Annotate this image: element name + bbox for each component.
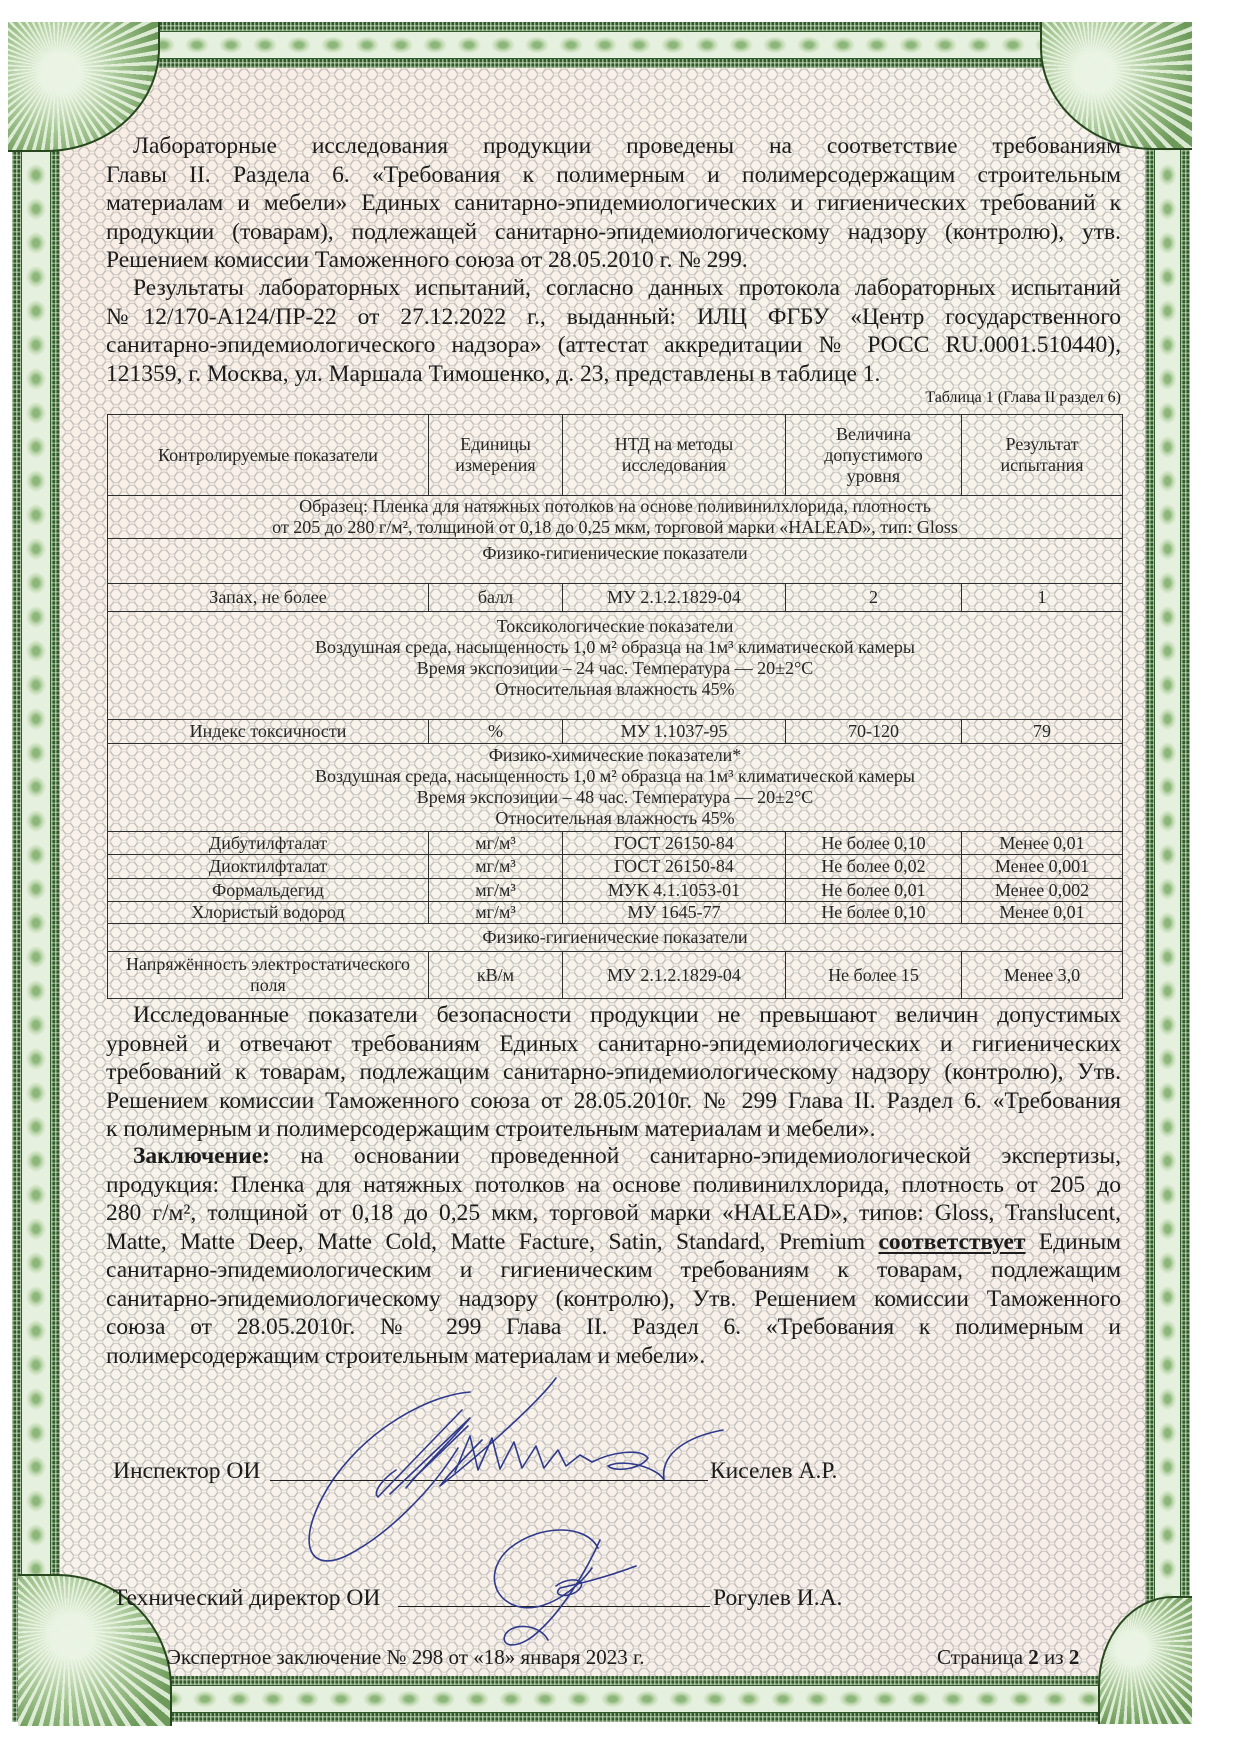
text-line: Исследованные показатели безопасности пр…	[106, 1001, 1121, 1030]
cell-indicator: Запах, не более	[108, 584, 429, 612]
cell-indicator: Дибутилфталат	[108, 832, 429, 855]
table-caption: Таблица 1 (Глава II раздел 6)	[106, 388, 1121, 408]
signer-role-technical-director: Технический директор ОИ	[113, 1584, 380, 1612]
border-chain	[1154, 22, 1181, 1722]
text-segment: Единым	[1025, 1229, 1121, 1255]
border-chain	[10, 31, 1190, 59]
page-of: из	[1044, 1645, 1064, 1669]
table-row: Диоктилфталат мг/м³ ГОСТ 26150-84 Не бол…	[108, 855, 1123, 879]
group-title-row: Физико-гигиенические показатели	[108, 539, 1123, 584]
text-line: санитарно-эпидемиологическим и гигиениче…	[106, 1256, 1121, 1285]
signer-name-technical-director: Рогулев И.А.	[713, 1584, 842, 1612]
text-line: Заключение: на основании проведенной сан…	[106, 1142, 1121, 1171]
signature-underline-technical-director	[398, 1606, 710, 1607]
signer-role-inspector: Инспектор ОИ	[113, 1457, 260, 1485]
border-chain	[18, 1685, 1190, 1713]
cell-limit: Не более 0,02	[786, 855, 962, 879]
sample-description: Образец: Пленка для натяжных потолков на…	[108, 496, 1123, 539]
cell-unit: балл	[429, 584, 563, 612]
cell-method: ГОСТ 26150-84	[563, 855, 786, 879]
border-stripe	[1145, 22, 1154, 1722]
group-title: Физико-химические показатели* Воздушная …	[108, 744, 1123, 832]
text-line: продукция: Пленка для натяжных потолков …	[106, 1171, 1121, 1200]
group-title-row: Токсикологические показатели Воздушная с…	[108, 612, 1123, 720]
text-line: Решением комиссии Таможенного союза от 2…	[106, 246, 1121, 275]
cell-limit: Не более 15	[786, 952, 962, 999]
text-segment: Matte, Matte Deep, Matte Cold, Matte Fac…	[106, 1229, 878, 1255]
border-stripe	[12, 22, 21, 1722]
cell-result: Менее 0,002	[962, 879, 1123, 902]
cell-result: Менее 0,001	[962, 855, 1123, 879]
header-unit: Единицы измерения	[429, 415, 563, 496]
cell-method: МУ 1645-77	[563, 902, 786, 924]
text-line: 280 г/м², толщиной от 0,18 до 0,25 мкм, …	[106, 1199, 1121, 1228]
cell-limit: Не более 0,10	[786, 832, 962, 855]
cell-result: 1	[962, 584, 1123, 612]
text-line: Главы II. Раздела 6. «Требования к полим…	[106, 161, 1121, 190]
cell-limit: Не более 0,10	[786, 902, 962, 924]
border-left	[12, 22, 60, 1722]
page-current: 2	[1028, 1645, 1039, 1669]
document-page: Лабораторные исследования продукции пров…	[0, 0, 1240, 1754]
footer-page-number: Страница 2 из 2	[937, 1644, 1079, 1670]
intro-paragraph: Лабораторные исследования продукции пров…	[106, 132, 1121, 275]
table-row: Индекс токсичности % МУ 1.1037-95 70-120…	[108, 720, 1123, 744]
header-method: НТД на методы исследования	[563, 415, 786, 496]
table-row: Запах, не более балл МУ 2.1.2.1829-04 2 …	[108, 584, 1123, 612]
group-title: Физико-гигиенические показатели	[108, 924, 1123, 952]
signature-underline-inspector	[270, 1480, 708, 1481]
text-line: Результаты лабораторных испытаний, согла…	[106, 274, 1121, 303]
group-title: Токсикологические показатели Воздушная с…	[108, 612, 1123, 720]
header-indicator: Контролируемые показатели	[108, 415, 429, 496]
table-row: Хлористый водород мг/м³ МУ 1645-77 Не бо…	[108, 902, 1123, 924]
page-total: 2	[1069, 1645, 1080, 1669]
cell-method: ГОСТ 26150-84	[563, 832, 786, 855]
cell-indicator: Индекс токсичности	[108, 720, 429, 744]
cell-unit: мг/м³	[429, 855, 563, 879]
text-line: уровней и отвечают требованиям Единых са…	[106, 1030, 1121, 1059]
results-table: Контролируемые показатели Единицы измере…	[107, 414, 1123, 999]
text-line: полимерсодержащим строительным материала…	[106, 1342, 1121, 1371]
table-row: Напряжённость электростатического поля к…	[108, 952, 1123, 999]
text-line: Лабораторные исследования продукции пров…	[106, 132, 1121, 161]
text-line: санитарно-эпидемиологическому надзору (к…	[106, 1285, 1121, 1314]
assessment-paragraph: Исследованные показатели безопасности пр…	[106, 1001, 1121, 1144]
cell-method: МУК 4.1.1053-01	[563, 879, 786, 902]
cell-unit: мг/м³	[429, 902, 563, 924]
cell-method: МУ 2.1.2.1829-04	[563, 952, 786, 999]
cell-result: Менее 3,0	[962, 952, 1123, 999]
cell-indicator: Диоктилфталат	[108, 855, 429, 879]
sample-row: Образец: Пленка для натяжных потолков на…	[108, 496, 1123, 539]
border-stripe	[1181, 22, 1190, 1722]
page-label: Страница	[937, 1645, 1023, 1669]
border-stripe	[10, 22, 1190, 31]
cell-limit: 70-120	[786, 720, 962, 744]
text-line: союза от 28.05.2010г. № 299 Глава II. Ра…	[106, 1313, 1121, 1342]
text-line: №12/170-А124/ПР-22 от 27.12.2022 г., выд…	[106, 303, 1121, 332]
cell-method: МУ 2.1.2.1829-04	[563, 584, 786, 612]
border-stripe	[51, 22, 60, 1722]
compliance-verdict: соответствует	[878, 1229, 1025, 1255]
group-title-row: Физико-химические показатели* Воздушная …	[108, 744, 1123, 832]
conclusion-paragraph: Заключение: на основании проведенной сан…	[106, 1142, 1121, 1370]
border-stripe	[18, 1713, 1190, 1722]
table-header-row: Контролируемые показатели Единицы измере…	[108, 415, 1123, 496]
text-line: требований к товарам, подлежащим санитар…	[106, 1058, 1121, 1087]
border-top	[10, 22, 1190, 68]
text-line: Matte, Matte Deep, Matte Cold, Matte Fac…	[106, 1228, 1121, 1257]
text-line: материалам и мебели» Единых санитарно-эп…	[106, 189, 1121, 218]
border-right	[1145, 22, 1190, 1722]
text-line: продукции (товарам), подлежащей санитарн…	[106, 218, 1121, 247]
text-line: Решением комиссии Таможенного союза от 2…	[106, 1087, 1121, 1116]
signer-name-inspector: Киселев А.Р.	[710, 1457, 837, 1485]
text-line: санитарно-эпидемиологического надзора» (…	[106, 331, 1121, 360]
cell-unit: мг/м³	[429, 879, 563, 902]
cell-unit: кВ/м	[429, 952, 563, 999]
border-stripe	[10, 59, 1190, 68]
cell-unit: %	[429, 720, 563, 744]
cell-result: 79	[962, 720, 1123, 744]
border-bottom	[18, 1676, 1190, 1722]
table-row: Формальдегид мг/м³ МУК 4.1.1053-01 Не бо…	[108, 879, 1123, 902]
border-stripe	[18, 1676, 1190, 1685]
cell-limit: 2	[786, 584, 962, 612]
cell-indicator: Напряжённость электростатического поля	[108, 952, 429, 999]
cell-limit: Не более 0,01	[786, 879, 962, 902]
cell-indicator: Хлористый водород	[108, 902, 429, 924]
cell-result: Менее 0,01	[962, 902, 1123, 924]
header-permissible-level: Величина допустимого уровня	[786, 415, 962, 496]
text-line: к полимерным и полимерсодержащим строите…	[106, 1115, 1121, 1144]
group-title: Физико-гигиенические показатели	[108, 539, 1123, 584]
protocol-paragraph: Результаты лабораторных испытаний, согла…	[106, 274, 1121, 388]
conclusion-label: Заключение:	[133, 1143, 270, 1169]
text-line: 121359, г. Москва, ул. Маршала Тимошенко…	[106, 360, 1121, 389]
table-row: Дибутилфталат мг/м³ ГОСТ 26150-84 Не бол…	[108, 832, 1123, 855]
border-chain	[21, 22, 51, 1722]
cell-unit: мг/м³	[429, 832, 563, 855]
group-title-row: Физико-гигиенические показатели	[108, 924, 1123, 952]
cell-method: МУ 1.1037-95	[563, 720, 786, 744]
text-segment: на основании проведенной санитарно-эпиде…	[270, 1143, 1121, 1169]
footer-document-reference: Экспертное заключение № 298 от «18» янва…	[167, 1644, 644, 1670]
header-test-result: Результат испытания	[962, 415, 1123, 496]
cell-result: Менее 0,01	[962, 832, 1123, 855]
cell-indicator: Формальдегид	[108, 879, 429, 902]
